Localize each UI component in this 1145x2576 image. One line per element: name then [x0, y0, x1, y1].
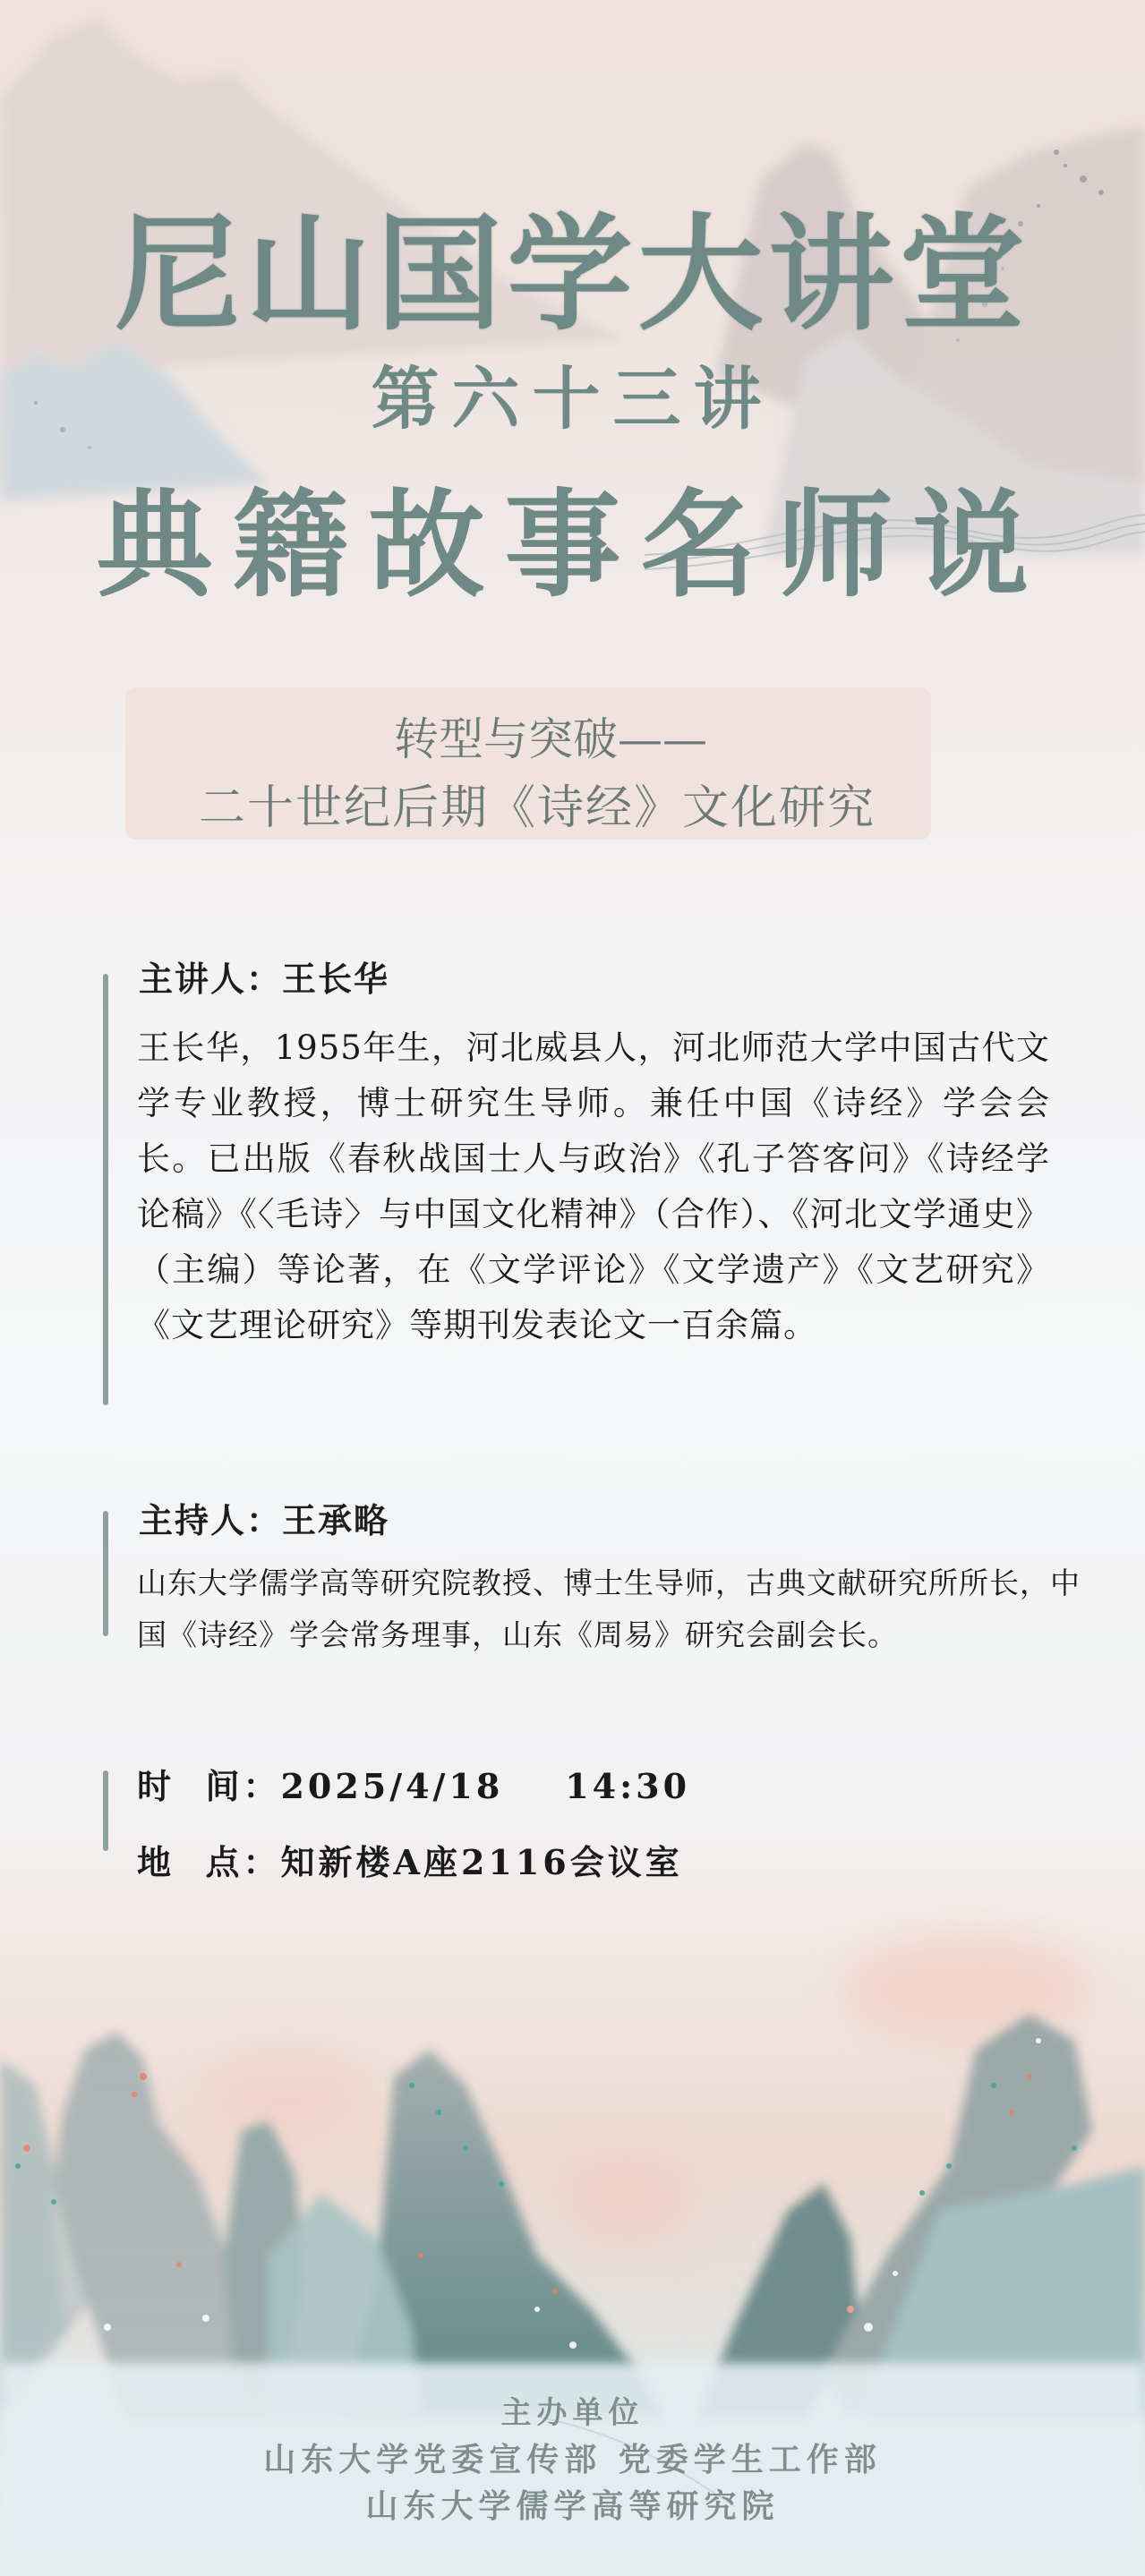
speaker-accent-bar: [103, 974, 108, 1405]
host-heading: 主持人：王承略: [139, 1493, 389, 1542]
host-accent-bar: [103, 1511, 108, 1636]
event-time: 时 间：2025/4/18 14:30: [137, 1759, 690, 1808]
topic-line-2: 二十世纪后期《诗经》文化研究: [125, 770, 931, 837]
lecture-number: 第六十三讲: [0, 345, 1145, 442]
host-bio: 山东大学儒学高等研究院教授、博士生导师，古典文献研究所所长，中国《诗经》学会常务…: [137, 1557, 1086, 1661]
topic-line-1: 转型与突破——: [125, 704, 931, 768]
speaker-bio: 王长华，1955年生，河北威县人，河北师范大学中国古代文学专业教授，博士研究生导…: [137, 1020, 1050, 1353]
organizer-line-1: 山东大学党委宣传部 党委学生工作部: [0, 2435, 1145, 2480]
event-accent-bar: [103, 1770, 108, 1851]
organizer-line-2: 山东大学儒学高等研究院: [0, 2481, 1145, 2527]
lecture-topic-box: 转型与突破—— 二十世纪后期《诗经》文化研究: [125, 687, 931, 840]
speaker-heading: 主讲人：王长华: [139, 951, 389, 1001]
organizers-heading: 主办单位: [0, 2388, 1145, 2432]
series-title: 尼山国学大讲堂: [0, 175, 1145, 354]
event-place: 地 点：知新楼A座2116会议室: [137, 1835, 683, 1884]
series-tagline: 典籍故事名师说: [0, 452, 1145, 619]
